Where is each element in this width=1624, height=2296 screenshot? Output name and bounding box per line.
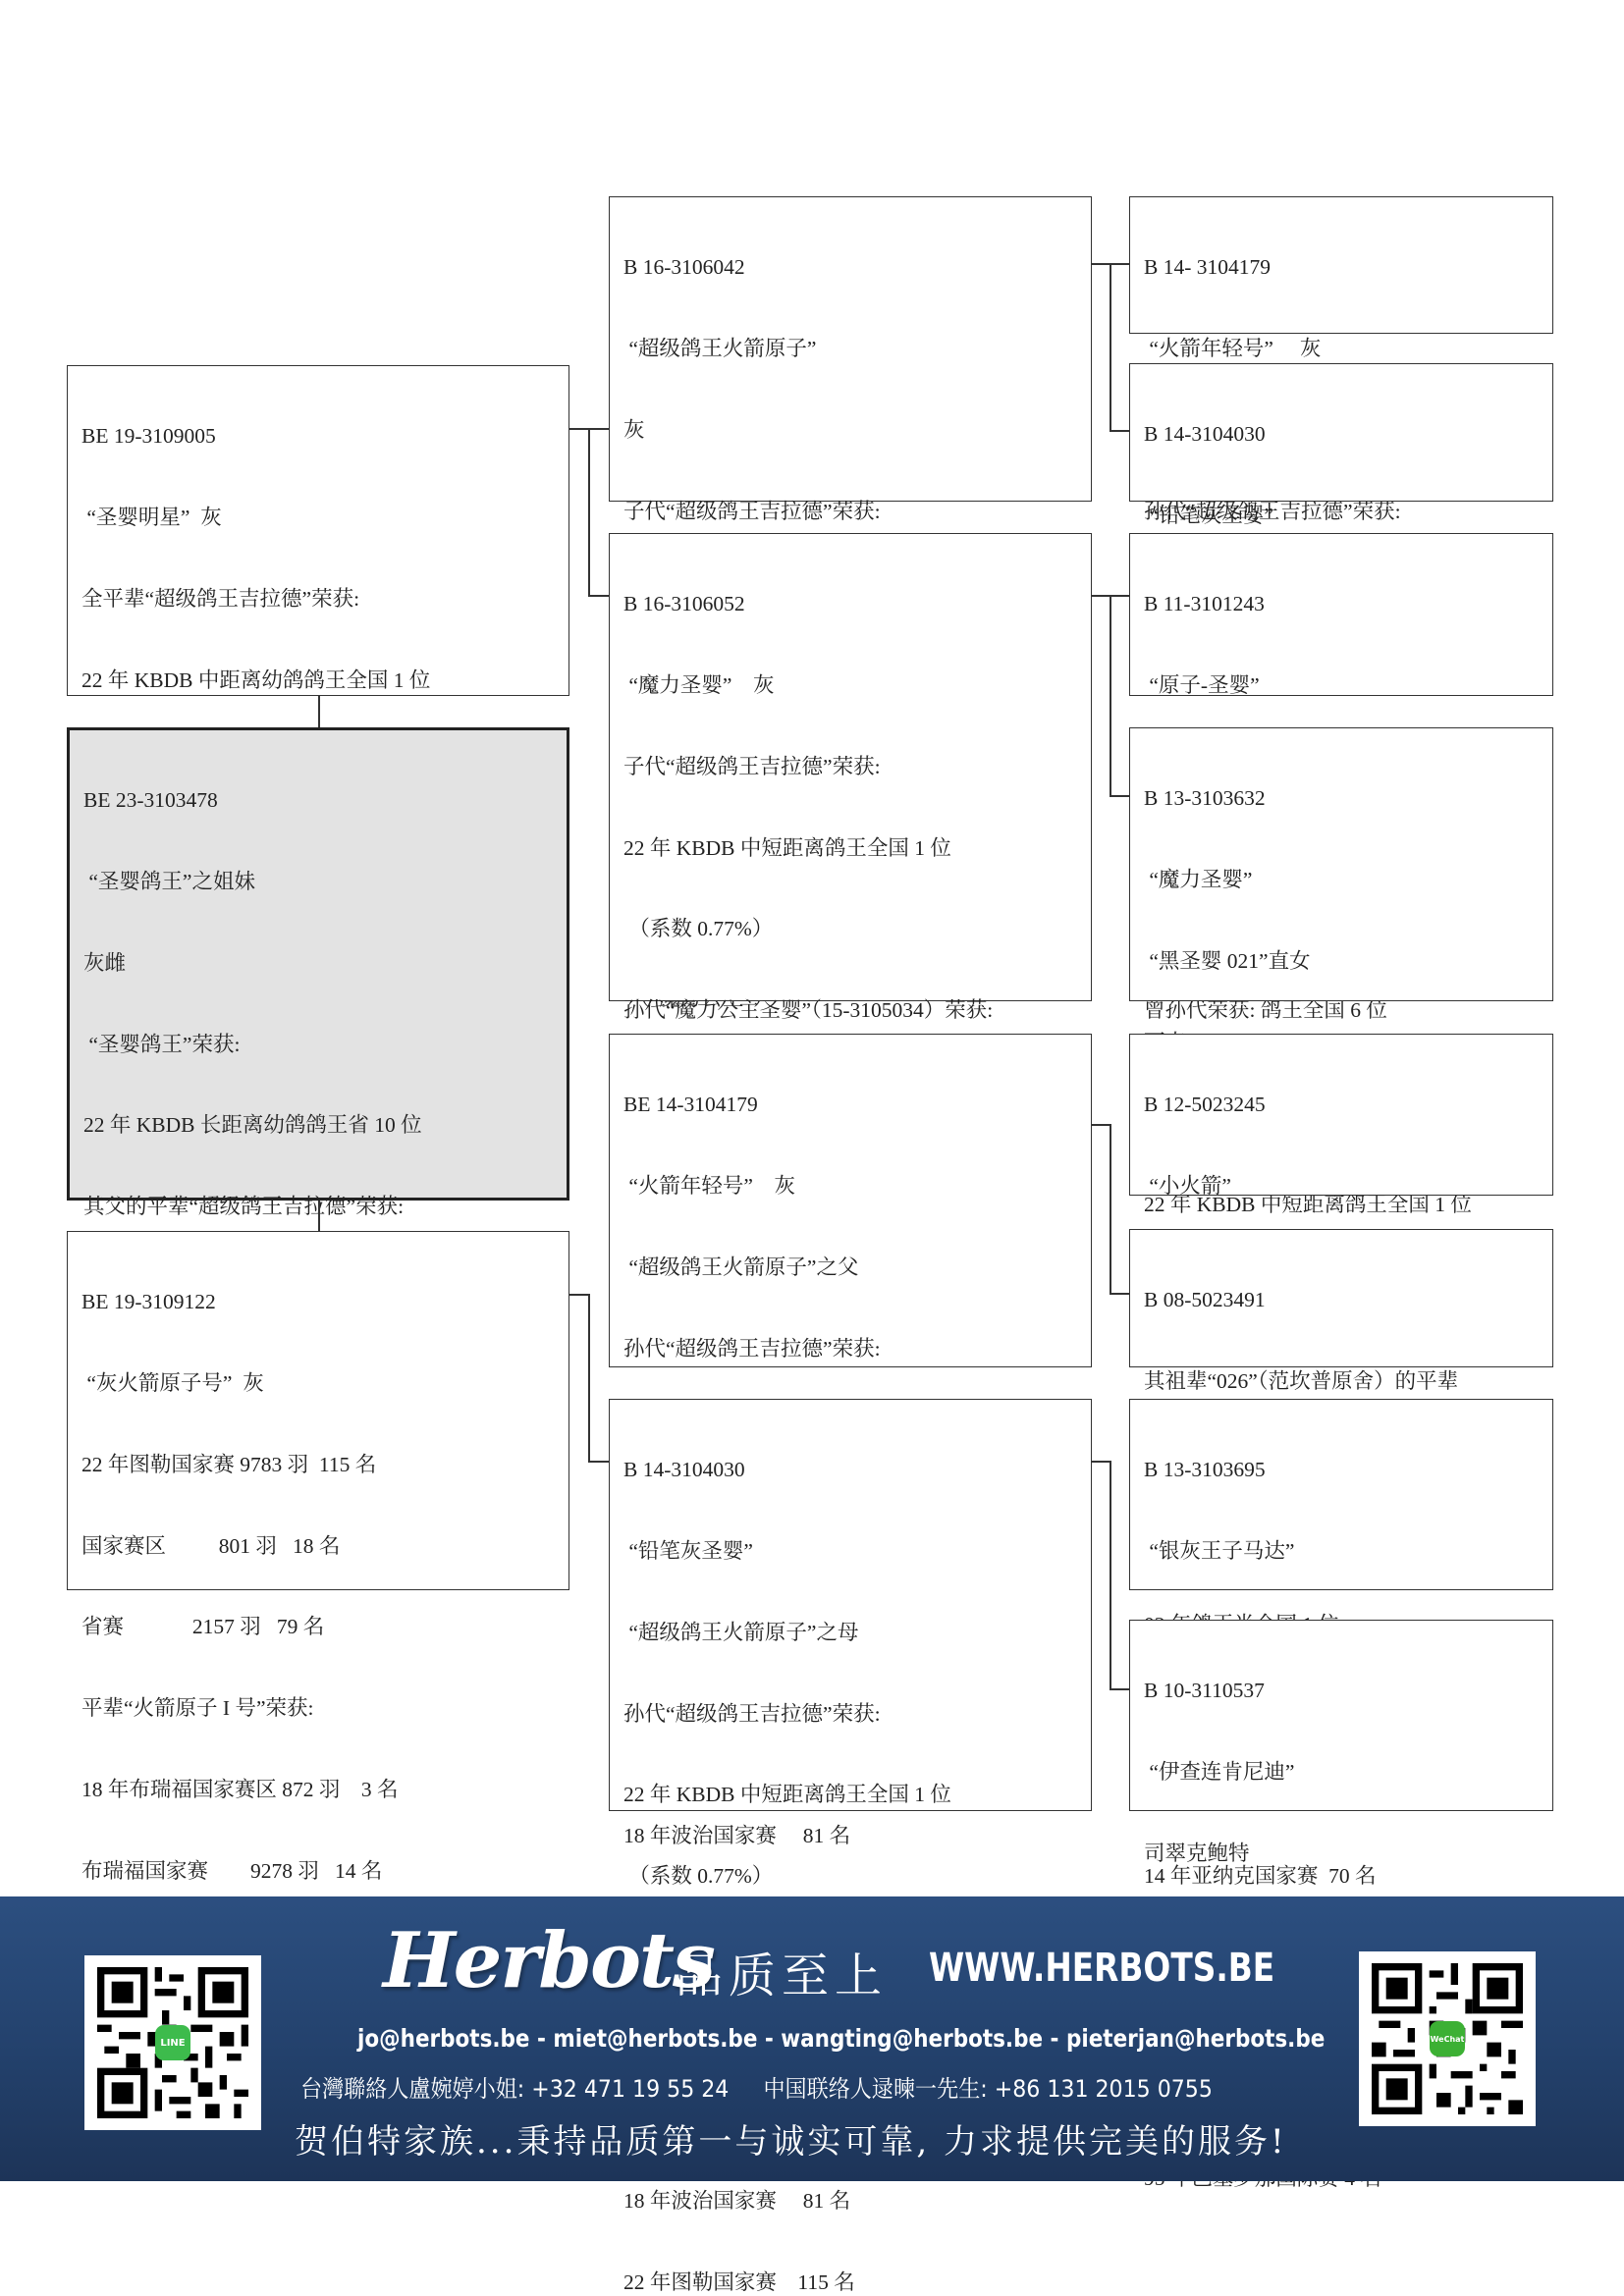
- card-line: 全平辈“超级鸽王吉拉德”荣获:: [81, 586, 568, 614]
- line-qr-code[interactable]: LINE: [84, 1955, 261, 2130]
- grandparent-card-2: B 16-3106052 “魔力圣婴” 灰 子代“超级鸽王吉拉德”荣获: 22 …: [609, 533, 1092, 1001]
- card-line: 22 年 KBDB 中短距离鸽王全国 1 位: [623, 1782, 1091, 1809]
- website-link[interactable]: WWW.HERBOTS.BE: [929, 1946, 1274, 1991]
- bird-name: “魔力圣婴” 灰: [623, 672, 1091, 700]
- connector: [1092, 263, 1110, 265]
- great-grandparent-card-1: B 14- 3104179 “火箭年轻号” 灰 “超级鸽王火箭原子”之父 孙代“…: [1129, 196, 1553, 334]
- card-line: 22 年 KBDB 中距离幼鸽鸽王全国 1 位: [81, 667, 568, 695]
- card-line: “超级鸽王火箭原子”之父: [623, 1255, 1091, 1282]
- bird-name: “铅笔灰圣婴”: [623, 1538, 1091, 1566]
- card-line: 灰: [623, 417, 1091, 445]
- great-grandparent-card-8: B 10-3110537 “伊查连肯尼迪” 司翠克鲍特 血系中包含: “小蛇原子…: [1129, 1620, 1553, 1811]
- card-line: （系数 0.77%）: [623, 1863, 1091, 1891]
- connector: [1110, 1688, 1129, 1690]
- card-line: 省赛 2157 羽 79 名: [81, 1614, 568, 1641]
- connector: [588, 595, 609, 597]
- ring-number: B 16-3106052: [623, 591, 1091, 618]
- bird-name: “超级鸽王火箭原子”: [623, 336, 1091, 363]
- line-app-icon: LINE: [155, 2025, 190, 2060]
- card-line: 18 年波治国家赛 81 名: [623, 2188, 1091, 2216]
- wechat-qr-code[interactable]: WeChat: [1359, 1951, 1536, 2126]
- card-line: “超级鸽王火箭原子”之母: [623, 1620, 1091, 1647]
- ring-number: B 14-3104030: [623, 1457, 1091, 1484]
- ring-number: B 11-3101243: [1144, 591, 1552, 618]
- card-line: 孙代“魔力公主圣婴”（15-3105034）荣获:: [623, 997, 1091, 1025]
- footer-banner: LINE Herbots 品质至上 WWW.HERBOTS.BE jo@herb…: [0, 1896, 1624, 2181]
- motto: 贺伯特家族...秉持品质第一与诚实可靠, 力求提供完美的服务!: [295, 2114, 1287, 2163]
- connector: [1110, 595, 1111, 795]
- card-line: 孙代“超级鸽王吉拉德”荣获:: [623, 1336, 1091, 1363]
- grandparent-card-1: B 16-3106042 “超级鸽王火箭原子” 灰 子代“超级鸽王吉拉德”荣获:…: [609, 196, 1092, 502]
- ring-number: BE 14-3104179: [623, 1092, 1091, 1119]
- ring-number: B 13-3103632: [1144, 785, 1552, 813]
- ring-number: B 13-3103695: [1144, 1457, 1552, 1484]
- connector: [1092, 595, 1110, 597]
- great-grandparent-card-7: B 13-3103695 “银灰王子马达” 血系: 08 年蒙托邦国家赛 30 …: [1129, 1399, 1553, 1590]
- connector: [588, 1461, 609, 1463]
- slogan: 品质至上: [676, 1938, 888, 2005]
- wechat-app-icon: WeChat: [1430, 2021, 1465, 2056]
- connector: [318, 696, 320, 727]
- card-line: 司翠克鲍特: [1144, 1841, 1552, 1868]
- card-line: 平辈“火箭原子 I 号”荣获:: [81, 1695, 568, 1723]
- ring-number: B 12-5023245: [1144, 1092, 1552, 1119]
- connector: [588, 428, 609, 430]
- bird-name: “火箭年轻号” 灰: [1144, 336, 1552, 363]
- card-line: “圣婴鸽王”荣获:: [83, 1032, 567, 1059]
- connector: [588, 1294, 590, 1461]
- bird-name: “魔力圣婴”: [1144, 867, 1552, 894]
- ring-number: BE 23-3103478: [83, 787, 567, 815]
- card-line: “黑圣婴 021”直女: [1144, 948, 1552, 976]
- ring-number: BE 19-3109122: [81, 1289, 568, 1316]
- connector: [1110, 263, 1111, 430]
- herbots-logo: Herbots: [383, 1916, 714, 2005]
- card-line: 国家赛区 801 羽 18 名: [81, 1533, 568, 1561]
- connector: [1110, 595, 1129, 597]
- bird-name: “铅笔灰圣婴”: [1144, 503, 1552, 530]
- card-line: 子代“超级鸽王吉拉德”荣获:: [623, 499, 1091, 526]
- connector: [1110, 263, 1129, 265]
- subject-card: BE 23-3103478 “圣婴鸽王”之姐妹 灰雌 “圣婴鸽王”荣获: 22 …: [67, 727, 569, 1201]
- great-grandparent-card-6: B 08-5023491 其祖辈“026”（范坎普原舍）的平辈 荣获: 波治国家…: [1129, 1229, 1553, 1367]
- sire-card: BE 19-3109005 “圣婴明星” 灰 全平辈“超级鸽王吉拉德”荣获: 2…: [67, 365, 569, 696]
- card-line: 22 年图勒国家赛 9783 羽 115 名: [81, 1452, 568, 1479]
- ring-number: BE 19-3109005: [81, 423, 568, 451]
- connector: [1110, 795, 1129, 797]
- bird-name: “灰火箭原子号” 灰: [81, 1370, 568, 1398]
- connector: [1110, 430, 1129, 432]
- grandparent-card-3: BE 14-3104179 “火箭年轻号” 灰 “超级鸽王火箭原子”之父 孙代“…: [609, 1034, 1092, 1367]
- ring-number: B 16-3106042: [623, 254, 1091, 282]
- bird-name: “圣婴明星” 灰: [81, 505, 568, 532]
- connector: [318, 1201, 320, 1231]
- card-line: 孙代“超级鸽王吉拉德”荣获:: [623, 1701, 1091, 1729]
- ring-number: B 14- 3104179: [1144, 254, 1552, 282]
- great-grandparent-card-5: B 12-5023245 “小火箭” 史坦柏根父子 雨点白条 子代荣获: 波兰 …: [1129, 1034, 1553, 1196]
- bird-name: “原子-圣婴”: [1144, 672, 1552, 700]
- card-line: 22 年 KBDB 长距离幼鸽鸽王省 10 位: [83, 1112, 567, 1140]
- connector: [569, 428, 589, 430]
- card-line: 子代“超级鸽王吉拉德”荣获:: [623, 754, 1091, 781]
- ring-number: B 14-3104030: [1144, 421, 1552, 449]
- contact-phones: 台灣聯絡人盧婉婷小姐: +32 471 19 55 24 中国联络人逯暕一先生:…: [300, 2069, 1213, 2104]
- connector: [1110, 1293, 1129, 1295]
- connector: [1092, 1461, 1110, 1463]
- ring-number: B 08-5023491: [1144, 1287, 1552, 1314]
- grandparent-card-4: B 14-3104030 “铅笔灰圣婴” “超级鸽王火箭原子”之母 孙代“超级鸽…: [609, 1399, 1092, 1811]
- contact-taiwan: 台灣聯絡人盧婉婷小姐: +32 471 19 55 24: [300, 2075, 729, 2103]
- card-line: 灰雌: [83, 950, 567, 978]
- connector: [1092, 1124, 1110, 1126]
- card-line: 22 年图勒国家赛 115 名: [623, 2269, 1091, 2296]
- contact-china: 中国联络人逯暕一先生: +86 131 2015 0755: [763, 2075, 1212, 2103]
- connector: [588, 428, 590, 595]
- card-line: 22 年 KBDB 中短距离鸽王全国 1 位: [623, 835, 1091, 863]
- bird-name: “小火箭”: [1144, 1173, 1552, 1201]
- bird-name: “圣婴鸽王”之姐妹: [83, 869, 567, 896]
- great-grandparent-card-4: B 13-3103632 “魔力圣婴” “黑圣婴 021”直女 雨点 孙代“超级…: [1129, 727, 1553, 1001]
- email-links[interactable]: jo@herbots.be - miet@herbots.be - wangti…: [357, 2024, 1325, 2053]
- card-line: 其父的平辈“超级鸽王吉拉德”荣获:: [83, 1194, 567, 1221]
- bird-name: “火箭年轻号” 灰: [623, 1173, 1091, 1201]
- great-grandparent-card-2: B 14-3104030 “铅笔灰圣婴” “超级鸽王火箭原子”之母 孙代“超级鸽…: [1129, 363, 1553, 502]
- ring-number: B 10-3110537: [1144, 1678, 1552, 1705]
- connector: [1110, 1124, 1111, 1293]
- card-line: 其祖辈“026”（范坎普原舍）的平辈: [1144, 1368, 1552, 1396]
- card-line: （系数 0.77%）: [623, 916, 1091, 943]
- connector: [1110, 1461, 1111, 1688]
- connector: [569, 1294, 589, 1296]
- great-grandparent-card-3: B 11-3101243 “原子-圣婴” 灰超级种鸽 孙代“超级鸽王吉拉德”荣获…: [1129, 533, 1553, 696]
- bird-name: “伊查连肯尼迪”: [1144, 1759, 1552, 1787]
- card-line: 布瑞福国家赛 9278 羽 14 名: [81, 1858, 568, 1886]
- bird-name: “银灰王子马达”: [1144, 1538, 1552, 1566]
- dam-card: BE 19-3109122 “灰火箭原子号” 灰 22 年图勒国家赛 9783 …: [67, 1231, 569, 1590]
- card-line: 18 年布瑞福国家赛区 872 羽 3 名: [81, 1777, 568, 1804]
